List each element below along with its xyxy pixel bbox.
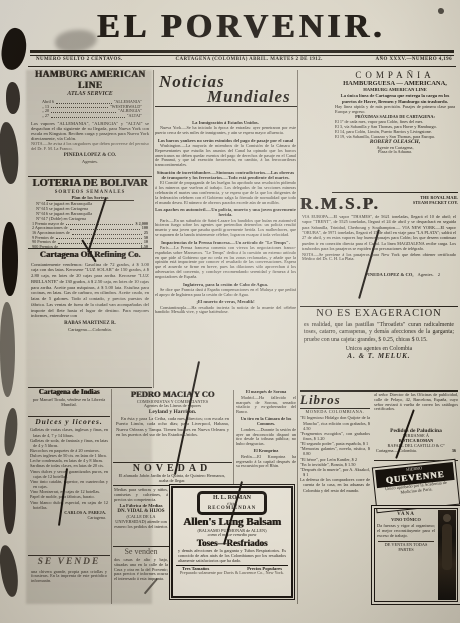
ink-blot: [0, 302, 15, 397]
news-paragraph: El Comité de propaganda de las huelgas h…: [155, 181, 296, 205]
sevende-title: SE VENDE: [28, 557, 110, 568]
column-rule: [153, 70, 154, 388]
news-paragraph: París.—En un suburbio de Saint-Lazare lo…: [155, 219, 296, 238]
pedro-macia-ad: PEDRO MACIA Y CO COMISIONISTAS Y COMERCI…: [113, 390, 232, 463]
dulces-licores-ad: Dulces y licores. Galletas de varias cla…: [28, 418, 110, 556]
oil-place: Cartagena.—Colombia.: [28, 327, 152, 332]
book-item: La defensa de los compradores corre de c…: [300, 477, 370, 492]
date-label: CARTAGENA (COLOMBIA) ABRIL. MARTES 2 DE …: [175, 57, 322, 62]
indias-body: por Manuel Tirado, véndese en la Librerí…: [30, 398, 108, 408]
ink-blot: [2, 222, 18, 296]
ad-title: HAMBURG AMERICAN LINE: [28, 70, 152, 91]
sailing-row: „ 27"ALTAI": [42, 114, 142, 119]
issue-label: AÑO XXXV.—NUMERO 4,196: [375, 57, 452, 62]
news-headline: Situación de incertidumbre.—Síntomas con…: [155, 170, 296, 180]
bottle-ornament: [438, 510, 456, 600]
allen-maker: Preparado solamente por Davis & Lawrence…: [173, 571, 291, 576]
news-section-header: Noticias Mundiales: [155, 72, 297, 118]
sailing-date: „ 27: [42, 114, 49, 119]
news-paragraph: Washington.—La mayoría de miembros de la…: [155, 144, 296, 168]
book-item: "Memorias galantes", novela, rústica, $ …: [300, 446, 370, 456]
vana-subtitle: VINO TÓNICO: [375, 518, 437, 523]
oil-body: Constantemente vendemos: Gasolina de 72 …: [31, 262, 149, 319]
rmsp-title: R.M.S.P.: [300, 194, 413, 213]
novedad-ad: NOVEDAD El afamado Jabón Jardín de la Qu…: [113, 463, 231, 486]
newspaper-page: EL PORVENIR. NUMERO SUELTO 2 CENTAVOS. C…: [0, 0, 460, 623]
pedidos-ad: Pedidos de Paludicina DIRIJANSE Á BOTICA…: [374, 428, 458, 461]
director-note-text: al señor Director de las Oficinas de pub…: [374, 393, 458, 412]
news-paragraph: Madrid.—Ha fallecido el marqués de Soron…: [236, 396, 296, 415]
se-venden-notice: Se venden dos casas de alto y bajo, situ…: [113, 548, 169, 604]
news-paragraph: Se dice que Francia dará á España compen…: [155, 288, 296, 298]
cartagena-indias-ad: Cartagena de Indias por Manuel Tirado, v…: [28, 389, 110, 417]
news-headline: Un tiro en la Cámara de los Comunes.: [236, 417, 296, 427]
ad-subtitle: ATLAS SERVICE: [28, 91, 152, 98]
throatlets-ad: NO ES EXAGERACION es realidad, que las p…: [300, 308, 458, 392]
lottery-title: LOTERIA DE BOLIVAR: [28, 178, 152, 190]
price-label: NUMERO SUELTO 2 CENTAVOS.: [36, 57, 123, 62]
quevenne-ad: HIERRO QUEVENNE Unico aprobado por la Ac…: [372, 459, 460, 514]
ink-blot: [0, 121, 20, 184]
rmsp-agent-role: Agentes.: [418, 272, 434, 277]
masthead-rule-thin: [30, 55, 454, 56]
dulces-title: Dulces y licores.: [28, 418, 110, 426]
medias-title: La Fábrica de Medias: [113, 503, 169, 508]
vana-body: Da fuerzas y vigor al organismo; el mejo…: [377, 524, 435, 538]
rmsp-nota: NOTA.—Se previene á los pasajeros para N…: [302, 253, 456, 263]
ink-blot: [6, 82, 20, 114]
product-line: Vino tinto catalán, superior, en cuarter…: [30, 479, 108, 489]
sevenden-title: Se venden: [113, 548, 169, 557]
column-rule: [111, 389, 112, 604]
news-paragraph: Constantinopla.—Ha resultado incierta la…: [155, 306, 296, 316]
vana-tonic-ad: VANA VINO TÓNICO Da fuerzas y vigor al o…: [374, 508, 458, 602]
oil-company-ad: Cartagena Oil Refining Co. Constantement…: [28, 250, 152, 388]
novedad-body: El afamado Jabón Jardín de la Quinta, de…: [117, 474, 227, 484]
ink-blot: [0, 26, 29, 72]
libros-section: Libros MONEDA COLOMBIANA. "El Ingenioso …: [300, 393, 370, 603]
bottle-body: [442, 524, 452, 570]
compania-p1: Hay línea rápida y de más precisión. Pas…: [335, 105, 455, 115]
lottery-ad: LOTERIA DE BOLIVAR SORTEOS SEMANALES Pla…: [28, 178, 152, 249]
news-headline: Los apaches en automóvil.—Un policía, mu…: [155, 207, 296, 217]
book-item: "Fragmentos escogidos", con grabados fin…: [300, 431, 370, 441]
sevende-body: una chivera grande, propia para criollas…: [31, 570, 107, 584]
masthead-rule-thick: [30, 50, 454, 53]
allen-body: y demás afecciones de la garganta y Tubo…: [178, 549, 286, 563]
compania-agent-addr: Plaza de la Aduana.: [332, 150, 458, 155]
book-item: "Después de la muerte", por A. Aksakof, …: [300, 467, 370, 477]
allen-balsam-ad: H. L. ROMAN é hijos RECOMIENDAN Allen's …: [171, 486, 293, 598]
rmsp-right2: STEAM PACKET COY.: [413, 201, 458, 206]
roman-name: H. L. ROMAN: [201, 495, 263, 502]
sevenden-body: dos casas de alto y bajo, situadas una e…: [114, 558, 168, 582]
director-note: al señor Director de las Oficinas de pub…: [374, 393, 458, 427]
rmsp-body: VIA EUROPA.—El vapor "THAMES", de 5621 t…: [302, 214, 456, 252]
ad-body: Los vapores "ALLEMANIA", "ALBINGIA" y "A…: [31, 121, 149, 142]
news-paragraph: Berlín.—El Kronprinz ha regresado á la c…: [236, 455, 296, 469]
indias-title: Cartagena de Indias: [28, 389, 110, 397]
product-line: Vino blanco dulce, especial, en cajas de…: [30, 500, 108, 510]
macia-body: En ésta y para La Ceiba, cada mes, direc…: [116, 416, 229, 437]
vana-foot: DE VENTA EN TODAS PARTES: [378, 541, 434, 553]
rmsp-num: 2: [438, 272, 440, 277]
product-line: Galletas de soda, de fantasía y finas, e…: [30, 438, 108, 448]
rmsp-agent: PINEDA LOPEZ & CO,: [365, 272, 413, 277]
product-line: Sardinas de todas clases, en latas de 20…: [30, 463, 108, 468]
hamburg-line-ad: HAMBURG AMERICAN LINE ATLAS SERVICE Abri…: [28, 70, 152, 177]
news-column-tail: El marqués de Sorona Madrid.—Ha fallecid…: [236, 390, 296, 484]
dulces-place: Cartagena.: [88, 515, 107, 520]
compania-t2: HAMBURGUESA — AMERICANA,: [332, 80, 458, 87]
noes-title: NO ES EXAGERACION: [300, 308, 458, 320]
product-line: Galletas de varias clases, inglesas y fi…: [30, 427, 108, 437]
macia-lines: Leyland y Harrison.: [113, 409, 232, 415]
ship-name: "ALTAI": [127, 114, 142, 119]
compania-hamburguesa-ad: COMPAÑIA HAMBURGUESA — AMERICANA, HAMBUR…: [332, 70, 458, 193]
ink-dot: [438, 8, 444, 14]
news-paragraph: Londres.—Durante la sesión de ayer un de…: [236, 428, 296, 447]
rmsp-ad: R.M.S.P. THE ROYAL MAIL STEAM PACKET COY…: [300, 194, 458, 307]
ad-note: NOTA.—Se avisa á los cargadores que debe…: [31, 142, 149, 152]
libros-title: Libros: [300, 393, 370, 409]
compania-t1: COMPAÑIA: [332, 70, 458, 80]
news-paragraph: Nueva York.—Se ha iniciado la época de e…: [155, 126, 296, 136]
ink-blot: [0, 544, 21, 598]
noes-sig: A. & T. MELUK.: [300, 353, 458, 361]
ad-signature-role: Agentes.: [28, 159, 152, 164]
pedidos-num: 36: [452, 449, 456, 454]
se-vende-notice: SE VENDE una chivera grande, propia para…: [28, 557, 110, 605]
noes-body: es realidad, que las pastillas "Throatle…: [304, 322, 454, 345]
medias-pre: Medias para señoras y niños, camisetas y…: [114, 488, 168, 502]
column-rule: [233, 390, 234, 486]
news-headline: ¡El muerto de veras, Mesulik!: [155, 299, 296, 304]
ink-blot: [3, 462, 16, 534]
dateline: NUMERO SUELTO 2 CENTAVOS. CARTAGENA (COL…: [36, 57, 452, 62]
compania-lead: La única línea de Cartagena que entrega …: [334, 93, 456, 103]
dateline-rule: [28, 66, 456, 67]
libros-sub: MONEDA COLOMBIANA.: [300, 410, 370, 415]
book-item: "El Ingenioso Hidalgo don Quijote de la …: [300, 415, 370, 430]
news-paragraph: París.—La Prensa francesa comenta con vi…: [155, 246, 296, 280]
allen-big: Toses—Resfriados: [173, 538, 291, 548]
prize-value: 1.50: [141, 245, 148, 249]
prize-label: 900 Premios de: [32, 245, 58, 249]
product-line: Vinos dulces y secos, garantizados puros…: [30, 469, 108, 479]
column-rule: [297, 70, 298, 604]
bottle-cap: [443, 514, 451, 522]
medias-ad: Medias para señoras y niños, camisetas y…: [113, 488, 169, 547]
news-column-main: La Inmigración á Estados Unidos. Nueva Y…: [155, 120, 296, 388]
compania-t3: HAMBURG AMERICAN LINE: [332, 87, 458, 92]
medias-tail: (CALLE DE LA UNIVERSIDAD) atiende con es…: [114, 515, 168, 529]
ink-blot: [3, 408, 20, 457]
